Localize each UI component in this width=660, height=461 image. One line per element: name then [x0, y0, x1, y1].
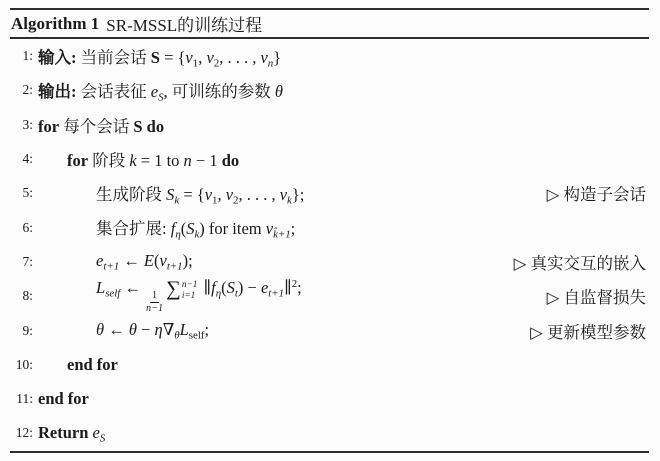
summation-lower: i=1 — [182, 290, 197, 301]
text-segment: k̂+1 — [273, 228, 291, 240]
text-segment: , . . . , — [238, 185, 279, 204]
text-segment: v — [226, 185, 233, 204]
text-segment: E — [144, 251, 154, 270]
text-segment: v — [206, 48, 213, 67]
text-segment: ∇ — [163, 320, 175, 339]
text-segment: 输入: — [38, 48, 77, 67]
algorithm-block: Algorithm 1 SR-MSSL的训练过程 1:输入: 当前会话 S = … — [10, 8, 649, 453]
text-segment: v — [266, 219, 273, 238]
line-comment: ▷ 自监督损失 — [547, 284, 649, 308]
text-segment: ∥ — [284, 278, 292, 297]
line-number: 10: — [10, 357, 33, 373]
line-content: 输出: 会话表征 eS, 可训练的参数 θ — [38, 78, 283, 103]
text-segment: ← — [104, 320, 129, 339]
fraction: 1n−1 — [146, 290, 163, 315]
line-content: for 阶段 k = 1 to n − 1 do — [38, 147, 239, 171]
text-segment: for — [67, 151, 88, 170]
text-segment: t+1 — [167, 261, 183, 273]
text-segment: end for — [67, 355, 118, 374]
text-segment: θ — [96, 320, 104, 339]
text-segment: do — [147, 117, 164, 136]
text-segment: ; — [204, 320, 209, 339]
text-segment: ← — [120, 278, 145, 297]
text-segment: S — [151, 48, 160, 67]
text-segment: = { — [160, 48, 185, 67]
text-segment: ); — [183, 251, 193, 270]
summation-upper: n−1 — [182, 279, 197, 290]
line-number: 11: — [10, 391, 33, 407]
algorithm-body: 1:输入: 当前会话 S = {v1, v2, . . . , vn}2:输出:… — [10, 39, 649, 451]
line-number: 8: — [10, 288, 33, 304]
summation-limits: n−1i=1 — [182, 279, 197, 300]
text-segment: self — [189, 329, 205, 341]
algorithm-line-12: 12:Return eS — [10, 416, 649, 450]
text-segment: = 1 to — [137, 151, 184, 170]
summation: ∑n−1i=1 — [166, 279, 197, 300]
text-segment: do — [222, 151, 239, 170]
line-content: for 每个会话 S do — [38, 113, 164, 137]
algorithm-line-11: 11:end for — [10, 382, 649, 416]
line-content: θ ← θ − η∇θLself; — [38, 320, 209, 341]
algorithm-line-7: 7:et+1 ← E(vt+1);▷ 真实交互的嵌入 — [10, 245, 649, 279]
text-segment: ∥ — [199, 278, 211, 297]
bottom-rule — [10, 451, 649, 453]
line-comment: ▷ 真实交互的嵌入 — [514, 250, 649, 274]
text-segment: − — [137, 320, 155, 339]
line-content: Lself ← 1n−1∑n−1i=1 ∥fη(St) − et+1∥2; — [38, 278, 302, 315]
text-segment: L — [96, 278, 105, 297]
text-segment: ; — [297, 278, 302, 297]
text-segment: }; — [292, 185, 305, 204]
text-segment: 当前会话 — [77, 48, 151, 67]
text-segment: v — [280, 185, 287, 204]
line-content: end for — [38, 355, 118, 375]
sigma-symbol: ∑ — [166, 280, 181, 299]
line-number: 2: — [10, 82, 33, 98]
text-segment: 会话表征 — [77, 82, 151, 101]
text-segment: L — [180, 320, 189, 339]
text-segment: S — [227, 278, 235, 297]
text-segment: ) for item — [199, 219, 265, 238]
text-segment: − 1 — [192, 151, 222, 170]
algorithm-line-9: 9:θ ← θ − η∇θLself;▷ 更新模型参数 — [10, 313, 649, 347]
algorithm-line-8: 8:Lself ← 1n−1∑n−1i=1 ∥fη(St) − et+1∥2;▷… — [10, 279, 649, 313]
line-number: 5: — [10, 185, 33, 201]
text-segment: v — [205, 185, 212, 204]
text-segment: = { — [179, 185, 204, 204]
text-segment: t+1 — [103, 261, 119, 273]
line-number: 4: — [10, 151, 33, 167]
text-segment: ; — [291, 219, 296, 238]
text-segment: v — [159, 251, 166, 270]
text-segment: v — [260, 48, 267, 67]
text-segment: , — [217, 185, 225, 204]
algorithm-line-1: 1:输入: 当前会话 S = {v1, v2, . . . , vn} — [10, 39, 649, 73]
text-segment: } — [273, 48, 281, 67]
algorithm-line-10: 10:end for — [10, 348, 649, 382]
text-segment: 每个会话 — [59, 117, 133, 136]
algorithm-title: SR-MSSL的训练过程 — [106, 11, 262, 36]
algorithm-header: Algorithm 1 SR-MSSL的训练过程 — [10, 10, 649, 37]
algorithm-line-2: 2:输出: 会话表征 eS, 可训练的参数 θ — [10, 73, 649, 107]
text-segment: Return — [38, 423, 93, 442]
text-segment: ) − — [238, 278, 261, 297]
line-number: 3: — [10, 117, 33, 133]
line-number: 7: — [10, 254, 33, 270]
text-segment: ← — [119, 251, 144, 270]
fraction-denominator: n−1 — [146, 303, 163, 315]
line-content: et+1 ← E(vt+1); — [38, 251, 193, 272]
line-content: end for — [38, 389, 89, 409]
text-segment: 生成阶段 — [96, 185, 166, 204]
algorithm-line-6: 6:集合扩展: fη(Sk) for item vk̂+1; — [10, 210, 649, 244]
line-content: 集合扩展: fη(Sk) for item vk̂+1; — [38, 215, 295, 240]
text-segment: 集合扩展: — [96, 219, 171, 238]
algorithm-line-3: 3:for 每个会话 S do — [10, 108, 649, 142]
text-segment: end for — [38, 389, 89, 408]
text-segment: k — [129, 151, 136, 170]
text-segment: 输出: — [38, 82, 77, 101]
fraction-numerator: 1 — [150, 290, 159, 303]
text-segment: η — [155, 320, 163, 339]
text-segment: θ — [275, 82, 283, 101]
line-content: 输入: 当前会话 S = {v1, v2, . . . , vn} — [38, 44, 281, 69]
text-segment: self — [105, 287, 120, 299]
text-segment: e — [151, 82, 158, 101]
text-segment: θ — [129, 320, 137, 339]
text-segment: n — [184, 151, 192, 170]
algorithm-line-5: 5:生成阶段 Sk = {v1, v2, . . . , vk};▷ 构造子会话 — [10, 176, 649, 210]
algorithm-line-4: 4:for 阶段 k = 1 to n − 1 do — [10, 142, 649, 176]
line-content: Return eS — [38, 423, 105, 444]
line-comment: ▷ 更新模型参数 — [530, 319, 649, 343]
algorithm-page: Algorithm 1 SR-MSSL的训练过程 1:输入: 当前会话 S = … — [0, 0, 660, 461]
text-segment: S — [100, 432, 105, 444]
algorithm-label: Algorithm 1 — [11, 14, 99, 34]
line-comment: ▷ 构造子会话 — [547, 181, 649, 205]
text-segment: , 可训练的参数 — [164, 82, 275, 101]
text-segment: S — [133, 117, 142, 136]
text-segment: for — [38, 117, 59, 136]
text-segment: t+1 — [268, 287, 284, 299]
text-segment: e — [93, 423, 100, 442]
line-number: 6: — [10, 220, 33, 236]
line-number: 9: — [10, 323, 33, 339]
line-number: 1: — [10, 48, 33, 64]
line-number: 12: — [10, 425, 33, 441]
text-segment: 阶段 — [88, 151, 129, 170]
text-segment: v — [185, 48, 192, 67]
line-content: 生成阶段 Sk = {v1, v2, . . . , vk}; — [38, 181, 304, 206]
text-segment: , . . . , — [219, 48, 260, 67]
